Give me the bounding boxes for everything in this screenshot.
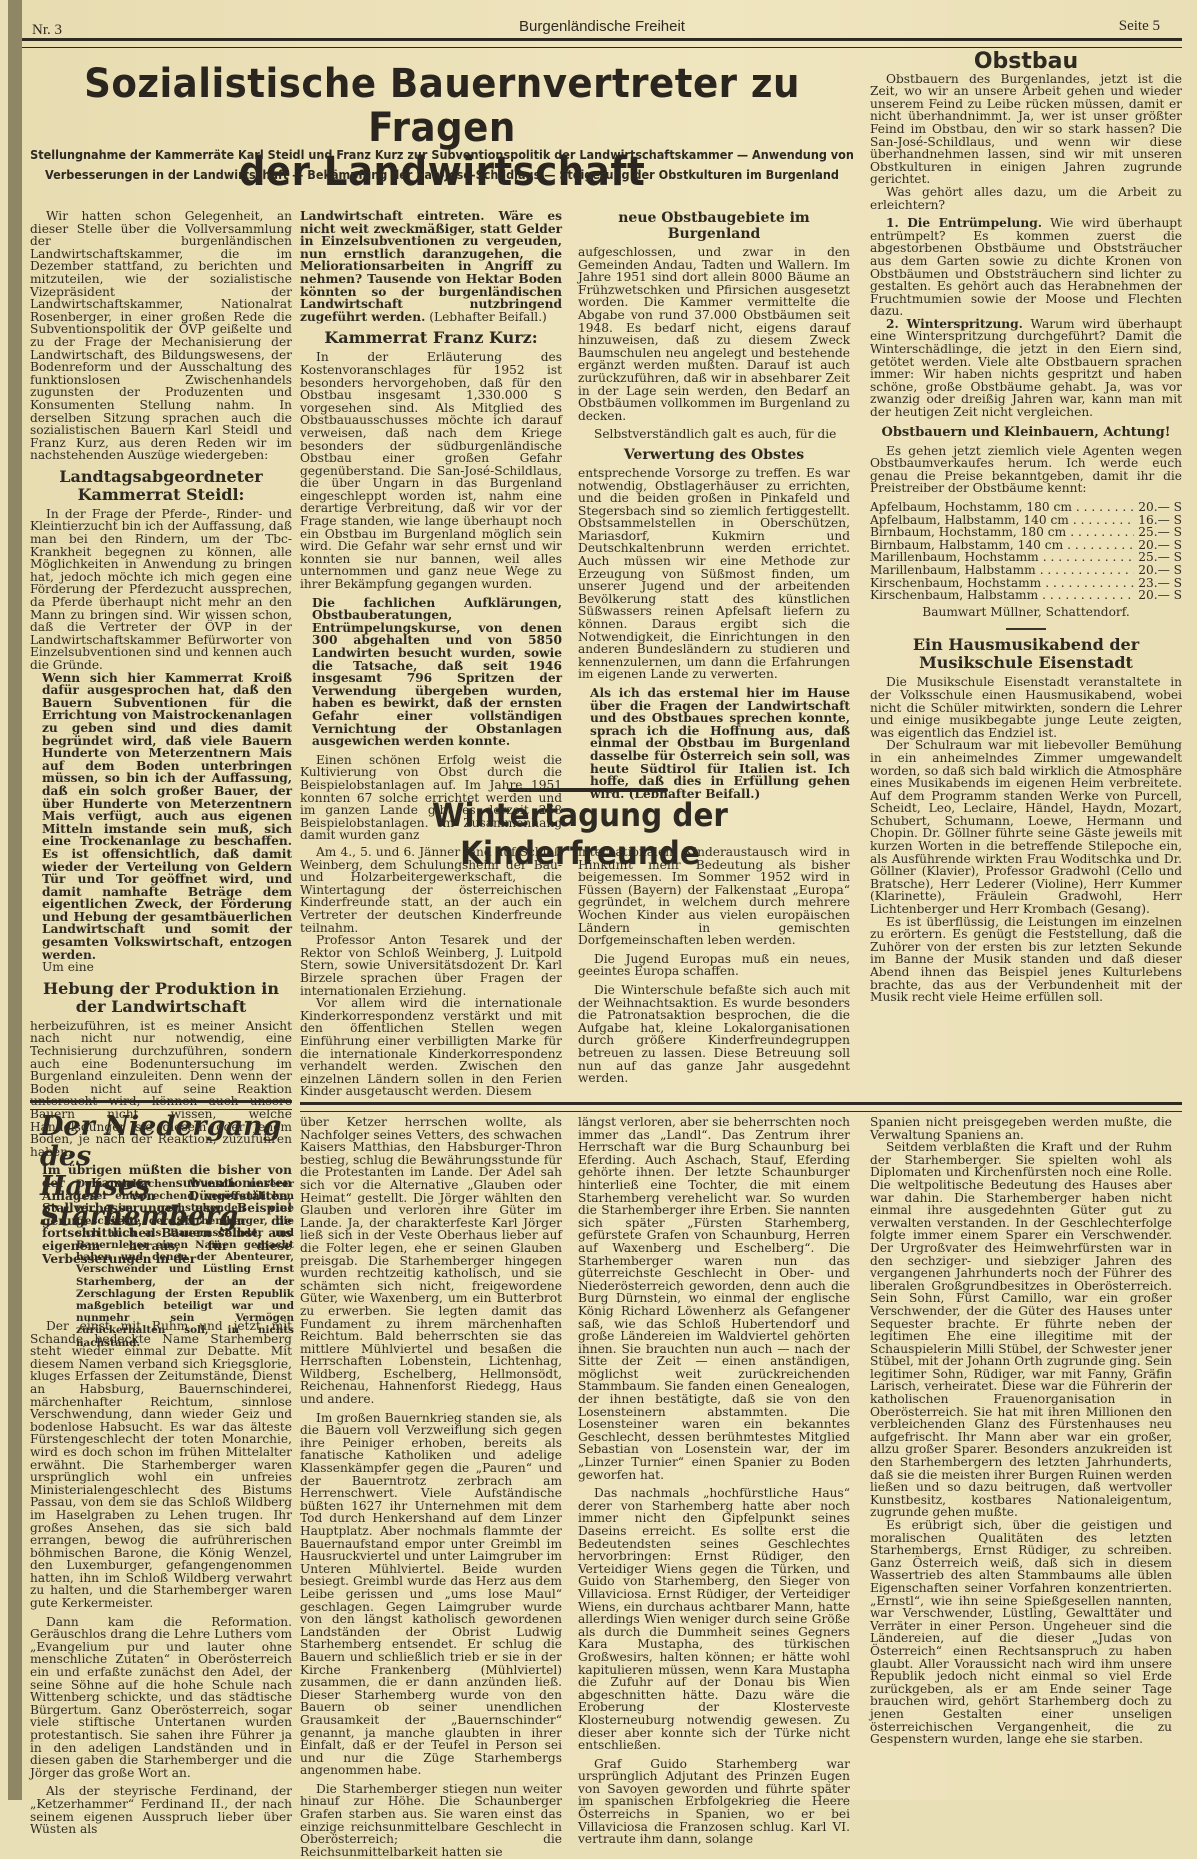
masthead-rule [22, 38, 1182, 48]
kurz-paragraph-1: In der Erläuterung des Kostenvoranschlag… [300, 351, 562, 590]
starhemberg-c3-paragraph-3: Graf Guido Starhemberg war ursprünglich … [578, 1758, 850, 1800]
musik-title: Ein Hausmusikabend der Musikschule Eisen… [870, 636, 1182, 672]
starhemberg-c2-paragraph-1: über Ketzer herrschen wollte, als Nachfo… [300, 1116, 562, 1406]
price-item: Kirschenbaum, Halbstamm [870, 589, 1038, 602]
musik-paragraph-3: Es ist überflüssig, die Leistungen im ei… [870, 916, 1182, 1004]
achtung-heading: Obstbauern und Kleinbauern, Achtung! [870, 425, 1182, 441]
kinder-paragraph-2: Professor Anton Tesarek und der Rektor v… [300, 934, 562, 997]
leader-dots: . . . . . . . . . . . . . . . . . . . . … [1040, 564, 1135, 577]
price-row: Marillenbaum, Halbstamm . . . . . . . . … [870, 564, 1182, 577]
verwertung-heading: Verwertung des Obstes [578, 447, 850, 463]
divider-left [30, 1100, 292, 1110]
signature: Baumwart Müllner, Schattendorf. [870, 606, 1182, 619]
starhemberg-c1-paragraph-1: Der einst mit Ruhm und jetzt mit Schande… [30, 1320, 292, 1610]
price-row: Apfelbaum, Hochstamm, 180 cm . . . . . .… [870, 501, 1182, 514]
section-divider [1006, 628, 1046, 630]
obstbau-title: Obstbau [870, 56, 1182, 69]
kinder-paragraph-1: Am 4., 5. und 6. Jänner fand auf Schloß … [300, 846, 562, 934]
divider-right [300, 1102, 1182, 1112]
kinder-paragraph-5: Die Jugend Europas muß ein neues, geeint… [578, 953, 850, 978]
price-value: 20.— S [1138, 564, 1182, 577]
musik-paragraph-2: Der Schulraum war mit liebevoller Bemühu… [870, 739, 1182, 915]
starhemberg-c2-paragraph-3: Die Starhemberger stiegen nun weiter hin… [300, 1783, 562, 1800]
starhemberg-c2-paragraph-2: Im großen Bauernkrieg standen sie, als d… [300, 1412, 562, 1777]
obstbau-paragraph-4: Warum wird überhaupt eine Winterspritzun… [870, 317, 1182, 419]
steidl-paragraph-1: In der Frage der Pferde-, Rinder- und Kl… [30, 508, 292, 672]
price-value: 20.— S [1138, 501, 1182, 514]
leader-dots: . . . . . . . . . . . . . . . . . . . . … [1076, 501, 1134, 514]
newspaper-name: Burgenländische Freiheit [22, 18, 1182, 35]
ornament-rule [508, 788, 668, 792]
sidebar-column: Obstbau Obstbauern des Burgenlandes, jet… [870, 56, 1182, 1004]
obstbau-paragraph-5: Es gehen jetzt ziemlich viele Agenten we… [870, 445, 1182, 495]
obstbau-paragraph-2: Was gehört alles dazu, um die Arbeit zu … [870, 186, 1182, 211]
starhemberg-c1-paragraph-3: Als der steyrische Ferdinand, der „Ketze… [30, 1785, 292, 1800]
obstbau-paragraph-1: Obstbauern des Burgenlandes, jetzt ist d… [870, 73, 1182, 186]
kurz-paragraph-2: Die fachlichen Aufklärungen, Obstbaubera… [300, 597, 562, 748]
hebung-heading: Hebung der Produktion in der Landwirtsch… [30, 980, 292, 1016]
col3-paragraph-1: aufgeschlossen, und zwar in den Gemeinde… [578, 246, 850, 422]
page-number: Seite 5 [1119, 18, 1160, 35]
intro-paragraph: Wir hatten schon Gelegenheit, an dieser … [30, 210, 292, 462]
starhemberg-column-4: Spanien nicht preisgegeben werden mußte,… [870, 1116, 1172, 1746]
steidl-heading: Landtagsabgeordneter Kammerrat Steidl: [30, 468, 292, 504]
starhemberg-c4-paragraph-3: Es erübrigt sich, über die geistigen und… [870, 1519, 1172, 1746]
starhemberg-title-line-1: Der Niedergang des [40, 1112, 290, 1172]
leader-dots: . . . . . . . . . . . . . . . . . . . . … [1067, 539, 1134, 552]
bauern-column-2: Landwirtschaft eintreten. Wäre es nicht … [300, 210, 562, 842]
kinder-paragraph-6: Die Winterschule befaßte sich auch mit d… [578, 984, 850, 1085]
col2-paragraph-1: Landwirtschaft eintreten. Wäre es nicht … [300, 209, 562, 324]
leader-dots: . . . . . . . . . . . . . . . . . . . . … [1045, 577, 1134, 590]
leader-dots: . . . . . . . . . . . . . . . . . . . . … [1070, 526, 1134, 539]
price-item: Birnbaum, Hochstamm, 180 cm [870, 526, 1066, 539]
starhemberg-column-1: Der einst mit Ruhm und jetzt mit Schande… [30, 1320, 292, 1800]
starhemberg-c4-paragraph-2: Seitdem verblaßten die Kraft und der Ruh… [870, 1141, 1172, 1519]
price-row: Kirschenbaum, Halbstamm . . . . . . . . … [870, 589, 1182, 602]
leader-dots: . . . . . . . . . . . . . . . . . . . . … [1043, 551, 1134, 564]
obstbau-paragraph-3: Wie wird überhaupt entrümpelt? Es kommen… [870, 216, 1182, 318]
applause-note: (Lebhafter Beifall.) [429, 310, 547, 324]
kinder-column-1: Am 4., 5. und 6. Jänner fand auf Schloß … [300, 846, 562, 1098]
starhemberg-column-3: längst verloren, aber sie beherrschten n… [578, 1116, 850, 1800]
starhemberg-c1-paragraph-2: Dann kam die Reformation. Geräuschlos dr… [30, 1616, 292, 1780]
neue-obstbaugebiete-heading: neue Obstbaugebiete im Burgenland [578, 210, 850, 242]
price-list: Apfelbaum, Hochstamm, 180 cm . . . . . .… [870, 501, 1182, 602]
kinder-paragraph-4: internationalen Kinderaustausch wird in … [578, 846, 850, 947]
kurz-heading: Kammerrat Franz Kurz: [300, 329, 562, 347]
musik-paragraph-1: Die Musikschule Eisenstadt veranstaltete… [870, 676, 1182, 739]
leader-dots: . . . . . . . . . . . . . . . . . . . . … [1042, 589, 1134, 602]
col3-paragraph-2: Selbstverständlich galt es auch, für die [578, 428, 850, 441]
col3-paragraph-4: Als ich das erstemal hier im Hause über … [590, 686, 850, 801]
binding-edge [8, 0, 22, 1800]
steidl-paragraph-3: Um eine [30, 961, 292, 974]
bauern-column-3: neue Obstbaugebiete im Burgenland aufges… [578, 210, 850, 800]
starhemberg-c3-paragraph-2: Das nachmals „hochfürstliche Haus“ derer… [578, 1487, 850, 1751]
price-item: Marillenbaum, Halbstamm [870, 564, 1036, 577]
price-item: Apfelbaum, Hochstamm, 180 cm [870, 501, 1072, 514]
subheadline: Stellungnahme der Kammerräte Karl Steidl… [22, 145, 862, 185]
kinder-paragraph-3: Vor allem wird die internationale Kinder… [300, 997, 562, 1098]
price-value: 20.— S [1138, 589, 1182, 602]
headline-line-1: Sozialistische Bauernvertreter zu Fragen [51, 62, 832, 150]
steidl-paragraph-2: Wenn sich hier Kammerrat Kroiß dafür aus… [30, 672, 292, 962]
starhemberg-c3-paragraph-1: längst verloren, aber sie beherrschten n… [578, 1116, 850, 1481]
price-row: Birnbaum, Hochstamm, 180 cm . . . . . . … [870, 526, 1182, 539]
starhemberg-c4-paragraph-1: Spanien nicht preisgegeben werden mußte,… [870, 1116, 1172, 1141]
leader-dots: . . . . . . . . . . . . . . . . . . . . … [1073, 514, 1134, 527]
kinder-column-2: internationalen Kinderaustausch wird in … [578, 846, 850, 1085]
col3-paragraph-3: entsprechende Vorsorge zu treffen. Es wa… [578, 467, 850, 681]
price-value: 25.— S [1138, 526, 1182, 539]
starhemberg-column-2: über Ketzer herrschen wollte, als Nachfo… [300, 1116, 562, 1800]
